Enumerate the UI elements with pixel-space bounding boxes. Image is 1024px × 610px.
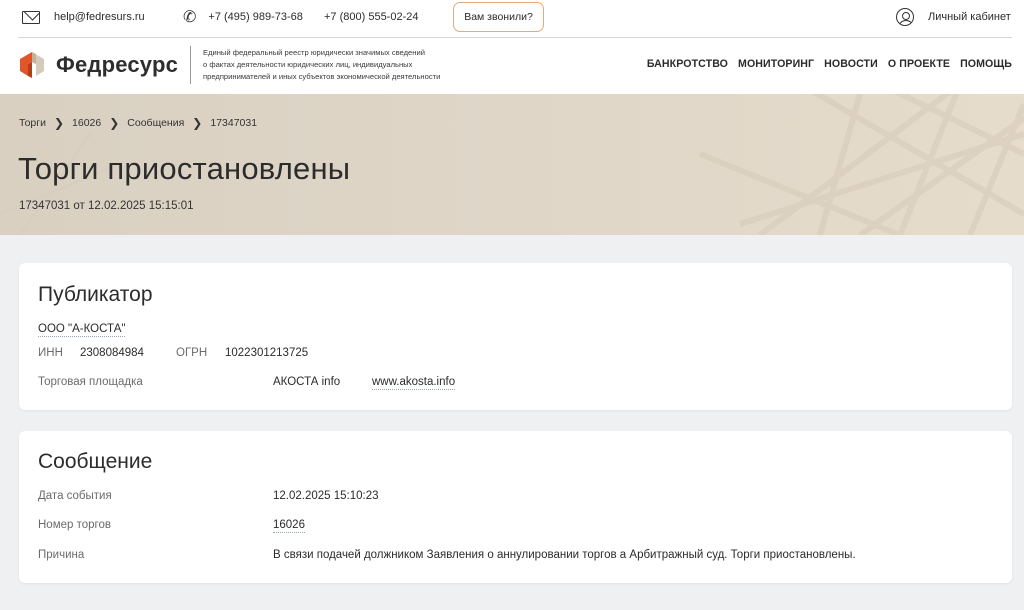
- phone-2[interactable]: +7 (800) 555-02-24: [324, 11, 418, 23]
- were-you-called-button[interactable]: Вам звонили?: [453, 2, 544, 32]
- auction-number-link[interactable]: 16026: [273, 519, 305, 533]
- mail-icon: [22, 11, 40, 24]
- phone-block: ✆ +7 (495) 989-73-68: [183, 0, 303, 34]
- message-heading: Сообщение: [38, 450, 152, 474]
- tagline-line: Единый федеральный реестр юридически зна…: [203, 47, 503, 59]
- platform-url-link[interactable]: www.akosta.info: [372, 376, 455, 390]
- chevron-right-icon: ❯: [109, 116, 119, 130]
- ogrn-value: 1022301213725: [225, 347, 308, 359]
- publisher-company-link[interactable]: ООО "А-КОСТА": [38, 323, 125, 337]
- main-nav: БАНКРОТСТВО МОНИТОРИНГ НОВОСТИ О ПРОЕКТЕ…: [647, 58, 1012, 70]
- event-date-label: Дата события: [38, 490, 112, 502]
- breadcrumb-current: 17347031: [210, 117, 257, 129]
- nav-help[interactable]: ПОМОЩЬ: [960, 58, 1012, 70]
- tagline-line: предпринимателей и иных субъектов эконом…: [203, 71, 503, 83]
- publisher-heading: Публикатор: [38, 283, 153, 307]
- phone-1[interactable]: +7 (495) 989-73-68: [208, 11, 302, 23]
- brand-name[interactable]: Федресурс: [56, 52, 178, 78]
- nav-news[interactable]: НОВОСТИ: [824, 58, 878, 70]
- top-bar: help@fedresurs.ru ✆ +7 (495) 989-73-68 +…: [0, 0, 1024, 38]
- nav-monitoring[interactable]: МОНИТОРИНГ: [738, 58, 814, 70]
- tagline-line: о фактах деятельности юридических лиц, и…: [203, 59, 503, 71]
- chevron-right-icon: ❯: [192, 116, 202, 130]
- breadcrumb-item[interactable]: Сообщения: [127, 117, 184, 129]
- reason-label: Причина: [38, 549, 84, 561]
- account-label[interactable]: Личный кабинет: [928, 11, 1011, 23]
- event-date-value: 12.02.2025 15:10:23: [273, 490, 379, 502]
- account-link[interactable]: Личный кабинет: [896, 0, 1011, 34]
- chevron-right-icon: ❯: [54, 116, 64, 130]
- message-card: Сообщение Дата события 12.02.2025 15:10:…: [19, 431, 1012, 583]
- user-icon: [896, 8, 914, 26]
- fedresurs-logo-icon[interactable]: [18, 51, 46, 79]
- publisher-card: Публикатор ООО "А-КОСТА" ИНН 2308084984 …: [19, 263, 1012, 410]
- brand-divider: [190, 46, 191, 84]
- reason-value: В связи подачей должником Заявления о ан…: [273, 549, 856, 561]
- breadcrumb-item[interactable]: Торги: [19, 117, 46, 129]
- site-header: Федресурс Единый федеральный реестр юрид…: [0, 38, 1024, 94]
- page-hero: Торги ❯ 16026 ❯ Сообщения ❯ 17347031 Тор…: [0, 94, 1024, 235]
- nav-bankruptcy[interactable]: БАНКРОТСТВО: [647, 58, 728, 70]
- inn-label: ИНН: [38, 347, 63, 359]
- breadcrumb: Торги ❯ 16026 ❯ Сообщения ❯ 17347031: [19, 116, 257, 130]
- tagline: Единый федеральный реестр юридически зна…: [203, 47, 503, 83]
- ogrn-label: ОГРН: [176, 347, 207, 359]
- platform-label: Торговая площадка: [38, 376, 143, 388]
- inn-value: 2308084984: [80, 347, 144, 359]
- phone-icon: ✆: [183, 7, 196, 27]
- breadcrumb-item[interactable]: 16026: [72, 117, 101, 129]
- nav-about[interactable]: О ПРОЕКТЕ: [888, 58, 950, 70]
- page-title: Торги приостановлены: [18, 151, 350, 187]
- email-link[interactable]: help@fedresurs.ru: [22, 0, 145, 34]
- page-subtitle: 17347031 от 12.02.2025 15:15:01: [19, 200, 193, 212]
- auction-number-label: Номер торгов: [38, 519, 111, 531]
- platform-name: АКОСТА info: [273, 376, 340, 388]
- email-text[interactable]: help@fedresurs.ru: [54, 11, 145, 23]
